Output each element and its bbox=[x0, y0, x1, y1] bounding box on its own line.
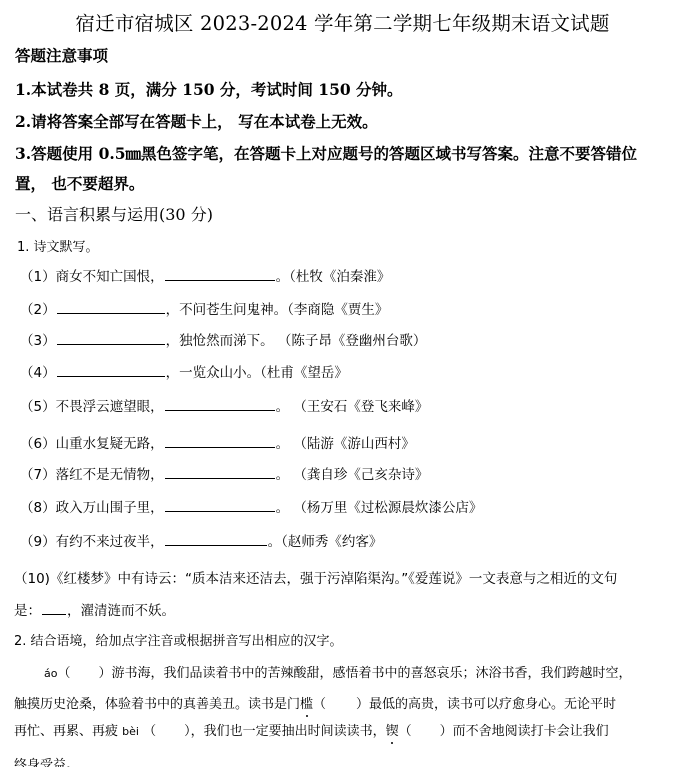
open-paren: （ bbox=[313, 697, 326, 712]
question-2-para-line1: áo（）游书海，我们品读着书中的苦辣酸甜，感悟着书中的喜怒哀乐；沐浴书香，我们跨… bbox=[44, 662, 632, 681]
poem-source: 。（赵师秀《约客》 bbox=[268, 534, 383, 550]
item-number: （5） bbox=[20, 399, 56, 415]
question-2-para-line2: 触摸历史沧桑，体验着书中的真善美丑。读书是门槛（）最低的高贵，读书可以疗愈身心。… bbox=[14, 693, 616, 712]
question-1-label: 1. 诗文默写。 bbox=[17, 236, 99, 255]
pinyin-ao: áo bbox=[44, 667, 57, 680]
prompt-text: ，濯清涟而不妖。 bbox=[67, 603, 175, 619]
poem-source: 。（杜牧《泊秦淮》 bbox=[276, 269, 391, 285]
poem-line: ，一览众山小。（杜甫《望岳》 bbox=[166, 365, 348, 381]
poem-line: 商女不知亡国恨， bbox=[56, 269, 164, 285]
answer-blank[interactable] bbox=[165, 477, 275, 479]
notice-heading: 答题注意事项 bbox=[15, 44, 108, 66]
document-title: 宿迁市宿城区 2023-2024 学年第二学期七年级期末语文试题 bbox=[0, 8, 685, 36]
dotted-char: 锲 bbox=[386, 724, 399, 739]
poem-line: 政入万山围子里， bbox=[56, 500, 164, 516]
para-text: ），我们也一定要抽出时间读读书， bbox=[184, 724, 386, 739]
answer-blank[interactable] bbox=[165, 544, 267, 546]
open-paren: （ bbox=[399, 724, 412, 739]
poem-source: 。 （龚自珍《己亥杂诗》 bbox=[276, 467, 429, 483]
poem-line: ，不问苍生问鬼神。（李商隐《贾生》 bbox=[166, 302, 389, 318]
section-heading: 一、语言积累与运用(30 分) bbox=[15, 202, 213, 225]
para-text: ）而不舍地阅读打卡会让我们 bbox=[440, 724, 609, 739]
answer-blank[interactable] bbox=[42, 613, 66, 615]
poem-item-5: （5）不畏浮云遮望眼，。 （王安石《登飞来峰》 bbox=[20, 395, 428, 415]
poem-source: 。 （王安石《登飞来峰》 bbox=[276, 399, 429, 415]
notice-item-3-cont: 置， 也不要超界。 bbox=[15, 172, 144, 194]
question-2-para-line4: 终身受益。 bbox=[14, 754, 79, 767]
pinyin-bei: bèi bbox=[122, 725, 139, 738]
item-number: （2） bbox=[20, 302, 56, 318]
answer-blank[interactable] bbox=[57, 312, 165, 314]
dotted-char: 槛 bbox=[300, 697, 313, 712]
poem-line: 有约不来过夜半， bbox=[56, 534, 164, 550]
notice-item-1: 1.本试卷共 8 页，满分 150 分，考试时间 150 分钟。 bbox=[15, 78, 403, 100]
poem-line: 落红不是无情物， bbox=[56, 467, 164, 483]
answer-blank[interactable] bbox=[165, 409, 275, 411]
answer-blank[interactable] bbox=[165, 446, 275, 448]
item-number: （6） bbox=[20, 436, 56, 452]
item-number: （9） bbox=[20, 534, 56, 550]
question-2-para-line3: 再忙、再累、再疲 bèi （），我们也一定要抽出时间读读书，锲（）而不舍地阅读打… bbox=[14, 720, 609, 739]
poem-line: 不畏浮云遮望眼， bbox=[56, 399, 164, 415]
notice-item-2: 2.请将答案全部写在答题卡上， 写在本试卷上无效。 bbox=[15, 110, 378, 132]
para-text: 再忙、再累、再疲 bbox=[14, 724, 118, 739]
poem-item-2: （2），不问苍生问鬼神。（李商隐《贾生》 bbox=[20, 298, 388, 318]
question-2-label: 2. 结合语境，给加点字注音或根据拼音写出相应的汉字。 bbox=[14, 630, 343, 649]
answer-blank[interactable] bbox=[57, 343, 165, 345]
poem-item-3: （3），独怆然而涕下。 （陈子昂《登幽州台歌） bbox=[20, 329, 426, 349]
poem-item-8: （8）政入万山围子里，。 （杨万里《过松源晨炊漆公店》 bbox=[20, 496, 482, 516]
poem-item-7: （7）落红不是无情物，。 （龚自珍《己亥杂诗》 bbox=[20, 463, 428, 483]
poem-line: 山重水复疑无路， bbox=[56, 436, 164, 452]
poem-source: 。 （杨万里《过松源晨炊漆公店》 bbox=[276, 500, 483, 516]
item-number: （8） bbox=[20, 500, 56, 516]
poem-item-6: （6）山重水复疑无路，。 （陆游《游山西村》 bbox=[20, 432, 415, 452]
poem-item-9: （9）有约不来过夜半，。（赵师秀《约客》 bbox=[20, 530, 382, 550]
para-text: ）最低的高贵，读书可以疗愈身心。无论平时 bbox=[356, 697, 616, 712]
notice-item-3: 3.答题使用 0.5㎜黑色签字笔，在答题卡上对应题号的答题区域书写答案。注意不要… bbox=[15, 142, 637, 164]
prompt-text: 是： bbox=[14, 603, 41, 619]
answer-blank[interactable] bbox=[165, 279, 275, 281]
item-number: （3） bbox=[20, 333, 56, 349]
open-paren: （ bbox=[57, 666, 70, 681]
poem-item-10-line1: （10)《红楼梦》中有诗云：“质本洁来还洁去，强于污淖陷渠沟。”《爱莲说》一文表… bbox=[14, 567, 617, 587]
para-text: ）游书海，我们品读着书中的苦辣酸甜，感悟着书中的喜怒哀乐；沐浴书香，我们跨越时空… bbox=[99, 666, 632, 681]
poem-item-1: （1）商女不知亡国恨，。（杜牧《泊秦淮》 bbox=[20, 265, 390, 285]
answer-blank[interactable] bbox=[57, 375, 165, 377]
item-number: （7） bbox=[20, 467, 56, 483]
answer-blank[interactable] bbox=[165, 510, 275, 512]
open-paren: （ bbox=[143, 724, 156, 739]
para-text: 触摸历史沧桑，体验着书中的真善美丑。读书是门 bbox=[14, 697, 300, 712]
poem-source: 。 （陆游《游山西村》 bbox=[276, 436, 415, 452]
poem-item-10-line2: 是：，濯清涟而不妖。 bbox=[14, 599, 175, 619]
item-number: （4） bbox=[20, 365, 56, 381]
item-number: （1） bbox=[20, 269, 56, 285]
poem-line: ，独怆然而涕下。 （陈子昂《登幽州台歌） bbox=[166, 333, 427, 349]
poem-item-4: （4），一览众山小。（杜甫《望岳》 bbox=[20, 361, 348, 381]
